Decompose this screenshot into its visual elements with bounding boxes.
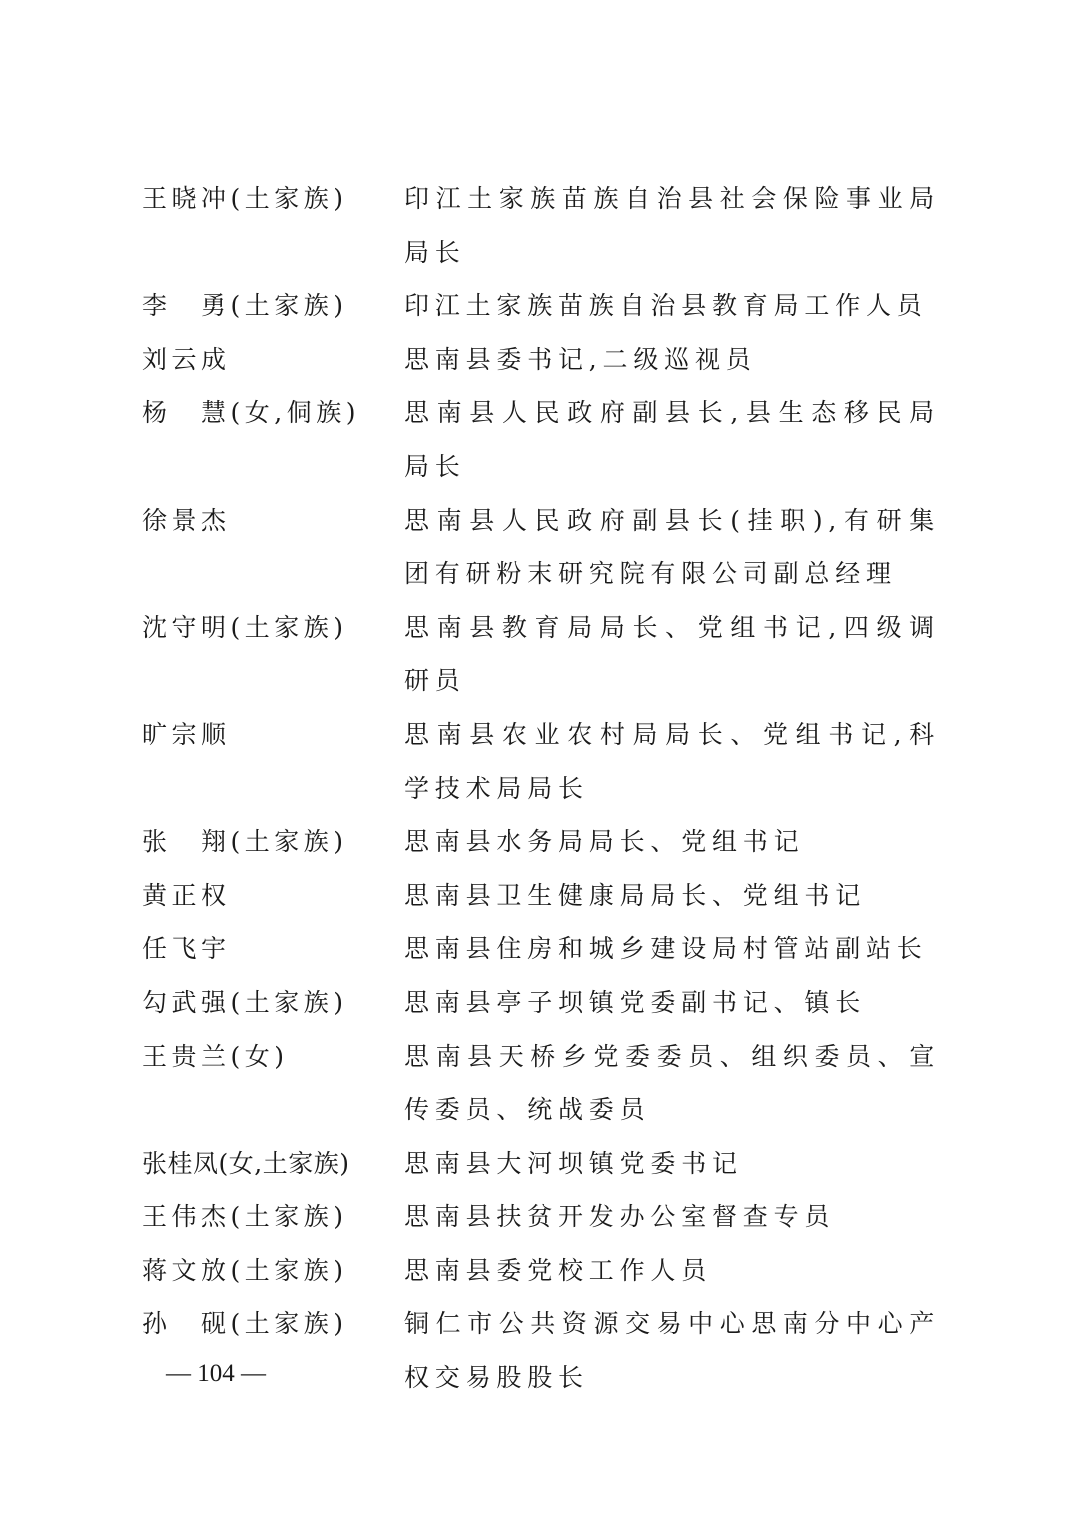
list-item: 李 勇(土家族) 印江土家族苗族自治县教育局工作人员 xyxy=(142,279,942,333)
list-item: 王伟杰(土家族) 思南县扶贫开发办公室督查专员 xyxy=(142,1190,942,1244)
person-position: 思南县卫生健康局局长、党组书记 xyxy=(404,869,940,923)
person-name: 沈守明(土家族) xyxy=(142,601,404,655)
person-name: 刘云成 xyxy=(142,333,404,387)
personnel-list: 王晓冲(土家族) 印江土家族苗族自治县社会保险事业局局长 李 勇(土家族) 印江… xyxy=(142,172,942,1405)
person-name: 杨 慧(女,侗族) xyxy=(142,386,404,440)
person-name: 任飞宇 xyxy=(142,922,404,976)
list-item: 任飞宇 思南县住房和城乡建设局村管站副站长 xyxy=(142,922,942,976)
list-item: 沈守明(土家族) 思南县教育局局长、党组书记,四级调研员 xyxy=(142,601,942,708)
person-position: 思南县教育局局长、党组书记,四级调研员 xyxy=(404,601,940,708)
list-item: 黄正权 思南县卫生健康局局长、党组书记 xyxy=(142,869,942,923)
person-name: 王晓冲(土家族) xyxy=(142,172,404,226)
person-name: 蒋文放(土家族) xyxy=(142,1244,404,1298)
person-name: 李 勇(土家族) xyxy=(142,279,404,333)
person-position: 印江土家族苗族自治县社会保险事业局局长 xyxy=(404,172,940,279)
person-position: 思南县委党校工作人员 xyxy=(404,1244,940,1298)
list-item: 张桂凤(女,土家族) 思南县大河坝镇党委书记 xyxy=(142,1137,942,1191)
person-name: 旷宗顺 xyxy=(142,708,404,762)
person-position: 印江土家族苗族自治县教育局工作人员 xyxy=(404,279,940,333)
person-position: 思南县人民政府副县长(挂职),有研集团有研粉末研究院有限公司副总经理 xyxy=(404,494,940,601)
person-position: 铜仁市公共资源交易中心思南分中心产权交易股股长 xyxy=(404,1297,940,1404)
person-position: 思南县扶贫开发办公室督查专员 xyxy=(404,1190,940,1244)
person-position: 思南县大河坝镇党委书记 xyxy=(404,1137,940,1191)
person-name: 张桂凤(女,土家族) xyxy=(142,1137,404,1191)
person-position: 思南县人民政府副县长,县生态移民局局长 xyxy=(404,386,940,493)
person-name: 黄正权 xyxy=(142,869,404,923)
list-item: 刘云成 思南县委书记,二级巡视员 xyxy=(142,333,942,387)
page-number: — 104 — xyxy=(166,1356,266,1392)
person-position: 思南县天桥乡党委委员、组织委员、宣传委员、统战委员 xyxy=(404,1030,940,1137)
list-item: 徐景杰 思南县人民政府副县长(挂职),有研集团有研粉末研究院有限公司副总经理 xyxy=(142,494,942,601)
person-position: 思南县亭子坝镇党委副书记、镇长 xyxy=(404,976,940,1030)
person-name: 王贵兰(女) xyxy=(142,1030,404,1084)
person-name: 王伟杰(土家族) xyxy=(142,1190,404,1244)
list-item: 蒋文放(土家族) 思南县委党校工作人员 xyxy=(142,1244,942,1298)
person-name: 徐景杰 xyxy=(142,494,404,548)
person-position: 思南县农业农村局局长、党组书记,科学技术局局长 xyxy=(404,708,940,815)
list-item: 旷宗顺 思南县农业农村局局长、党组书记,科学技术局局长 xyxy=(142,708,942,815)
person-name: 勾武强(土家族) xyxy=(142,976,404,1030)
list-item: 张 翔(土家族) 思南县水务局局长、党组书记 xyxy=(142,815,942,869)
list-item: 王晓冲(土家族) 印江土家族苗族自治县社会保险事业局局长 xyxy=(142,172,942,279)
list-item: 杨 慧(女,侗族) 思南县人民政府副县长,县生态移民局局长 xyxy=(142,386,942,493)
list-item: 勾武强(土家族) 思南县亭子坝镇党委副书记、镇长 xyxy=(142,976,942,1030)
person-name: 张 翔(土家族) xyxy=(142,815,404,869)
person-position: 思南县住房和城乡建设局村管站副站长 xyxy=(404,922,940,976)
list-item: 王贵兰(女) 思南县天桥乡党委委员、组织委员、宣传委员、统战委员 xyxy=(142,1030,942,1137)
person-name: 孙 砚(土家族) xyxy=(142,1297,404,1351)
person-position: 思南县水务局局长、党组书记 xyxy=(404,815,940,869)
person-position: 思南县委书记,二级巡视员 xyxy=(404,333,940,387)
document-page: 王晓冲(土家族) 印江土家族苗族自治县社会保险事业局局长 李 勇(土家族) 印江… xyxy=(0,0,1080,1527)
